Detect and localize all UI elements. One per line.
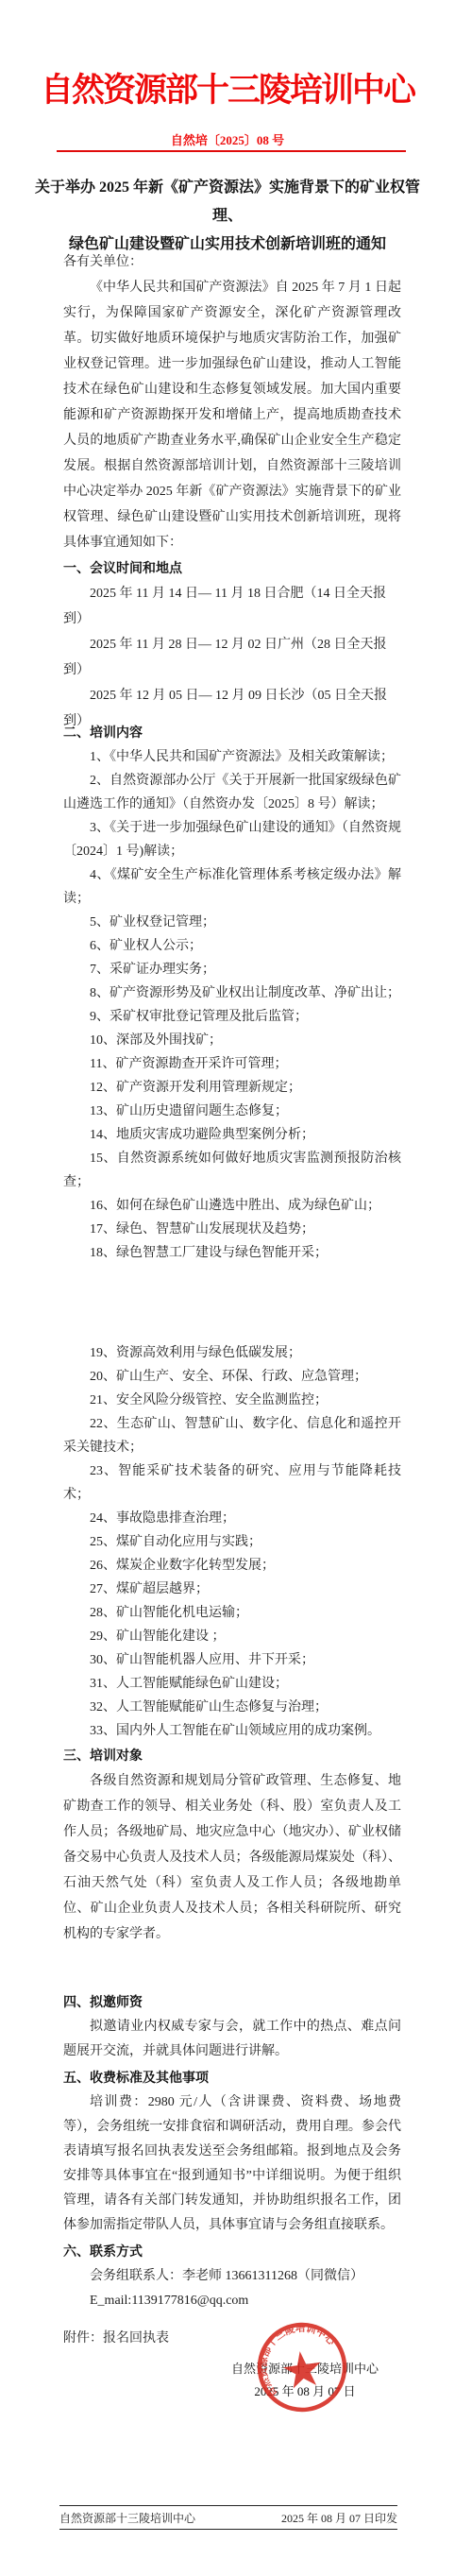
content-item: 4、《煤矿安全生产标准化管理体系考核定级办法》解读； <box>63 863 401 911</box>
section4-heading: 四、拟邀师资 <box>63 1988 401 2015</box>
official-seal: 自然资源部十三陵培训中心 <box>249 2314 356 2421</box>
content-item: 7、采矿证办理实务； <box>63 958 401 981</box>
content-item: 21、安全风险分级管控、安全监测监控； <box>63 1389 401 1412</box>
contact-line: 会务组联系人：李老师 13661311268（同微信） <box>63 2264 401 2289</box>
doc-title: 关于举办 2025 年新《矿产资源法》实施背景下的矿业权管理、 绿色矿山建设暨矿… <box>28 174 427 259</box>
content-item: 29、矿山智能化建设 ； <box>63 1625 401 1648</box>
content-item: 17、绿色、智慧矿山发展现状及趋势； <box>63 1218 401 1241</box>
section4-body: 拟邀请业内权威专家与会，就工作中的热点、难点问题展开交流，并就具体问题进行讲解。 <box>63 2015 401 2064</box>
content-item: 20、矿山生产、安全、环保、行政、应急管理； <box>63 1365 401 1389</box>
content-item: 6、矿业权人公示； <box>63 934 401 958</box>
segment-intro: 各有关单位： 《中华人民共和国矿产资源法》自 2025 年 7 月 1 日起实行… <box>63 249 401 734</box>
print-footer: 自然资源部十三陵培训中心 2025 年 08 月 07 日印发 <box>59 2505 397 2530</box>
content-list-part2: 19、资源高效利用与绿色低碳发展；20、矿山生产、安全、环保、行政、应急管理；2… <box>63 1341 401 1743</box>
content-item: 8、矿产资源形势及矿业权出让制度改革、净矿出让； <box>63 981 401 1005</box>
section3-heading: 三、培训对象 <box>63 1743 401 1768</box>
content-item: 10、深部及外围找矿； <box>63 1029 401 1052</box>
segment-tail: 四、拟邀师资 拟邀请业内权威专家与会，就工作中的热点、难点问题展开交流，并就具体… <box>63 1988 401 2351</box>
doc-number: 自然培〔2025〕08 号 <box>0 130 455 148</box>
content-item: 25、煤矿自动化应用与实践； <box>63 1530 401 1554</box>
section3-body: 各级自然资源和规划局分管矿政管理、生态修复、地矿勘查工作的领导、相关业务处（科、… <box>63 1768 401 1947</box>
section6-heading: 六、联系方式 <box>63 2238 401 2264</box>
content-item: 22、生态矿山、智慧矿山、数字化、信息化和遥控开采关键技术； <box>63 1412 401 1459</box>
content-item: 1、《中华人民共和国矿产资源法》及相关政策解读； <box>63 745 401 769</box>
content-item: 33、国内外人工智能在矿山领域应用的成功案例。 <box>63 1719 401 1743</box>
intro-paragraph: 《中华人民共和国矿产资源法》自 2025 年 7 月 1 日起实行，为保障国家矿… <box>63 275 401 555</box>
content-item: 2、自然资源部办公厅《关于开展新一批国家级绿色矿山遴选工作的通知》（自然资办发〔… <box>63 769 401 816</box>
document-page: 自然资源部十三陵培训中心 自然培〔2025〕08 号 关于举办 2025 年新《… <box>0 0 455 2576</box>
doc-title-line1: 关于举办 2025 年新《矿产资源法》实施背景下的矿业权管理、 <box>28 174 427 230</box>
letterhead-org-title: 自然资源部十三陵培训中心 <box>0 64 455 111</box>
section5-heading: 五、收费标准及其他事项 <box>63 2064 401 2090</box>
attachment-line: 附件：报名回执表 <box>63 2327 401 2351</box>
content-item: 16、如何在绿色矿山遴选中胜出、成为绿色矿山； <box>63 1194 401 1218</box>
segment-content-1: 二、培训内容 1、《中华人民共和国矿产资源法》及相关政策解读；2、自然资源部办公… <box>63 720 401 1265</box>
seal-star-icon <box>281 2348 324 2389</box>
content-item: 27、煤矿超层越界； <box>63 1578 401 1601</box>
section5-body: 培训费：2980 元/人（含讲课费、资料费、场地费等），会务组统一安排食宿和调研… <box>63 2090 401 2238</box>
content-item: 23、智能采矿技术装备的研究、应用与节能降耗技术； <box>63 1459 401 1507</box>
content-item: 24、事故隐患排查治理； <box>63 1507 401 1530</box>
segment-content-2: 19、资源高效利用与绿色低碳发展；20、矿山生产、安全、环保、行政、应急管理；2… <box>63 1341 401 1947</box>
content-item: 32、人工智能赋能矿山生态修复与治理； <box>63 1696 401 1719</box>
schedule-item: 2025 年 11 月 14 日— 11 月 18 日合肥（14 日全天报到） <box>63 581 401 632</box>
section1-heading: 一、会议时间和地点 <box>63 555 401 581</box>
content-item: 9、采矿权审批登记管理及批后监管； <box>63 1005 401 1029</box>
salutation: 各有关单位： <box>63 249 401 275</box>
content-item: 13、矿山历史遗留问题生态修复； <box>63 1100 401 1123</box>
seal-arc-text: 自然资源部十三陵培训中心 <box>251 2316 345 2401</box>
content-item: 15、自然资源系统如何做好地质灾害监测预报防治核查； <box>63 1147 401 1194</box>
schedule-item: 2025 年 11 月 28 日— 12 月 02 日广州（28 日全天报到） <box>63 632 401 683</box>
content-item: 19、资源高效利用与绿色低碳发展； <box>63 1341 401 1365</box>
footer-date: 2025 年 08 月 07 日印发 <box>281 2510 397 2526</box>
letterhead-rule <box>57 150 406 152</box>
content-item: 12、矿产资源开发利用管理新规定； <box>63 1076 401 1100</box>
email-line: E_mail:1139177816@qq.com <box>63 2289 401 2313</box>
content-item: 28、矿山智能化机电运输； <box>63 1601 401 1625</box>
content-item: 31、人工智能赋能绿色矿山建设； <box>63 1672 401 1696</box>
content-item: 26、煤炭企业数字化转型发展； <box>63 1554 401 1578</box>
content-item: 30、矿山智能机器人应用、井下开采； <box>63 1648 401 1672</box>
content-item: 11、矿产资源勘查开采许可管理； <box>63 1052 401 1076</box>
footer-org: 自然资源部十三陵培训中心 <box>59 2510 195 2526</box>
content-item: 5、矿业权登记管理； <box>63 911 401 934</box>
content-item: 3、《关于进一步加强绿色矿山建设的通知》（自然资规〔2024〕1 号)解读； <box>63 816 401 863</box>
content-item: 14、地质灾害成功避险典型案例分析； <box>63 1123 401 1147</box>
section2-heading: 二、培训内容 <box>63 720 401 745</box>
content-item: 18、绿色智慧工厂建设与绿色智能开采； <box>63 1241 401 1265</box>
schedule-list: 2025 年 11 月 14 日— 11 月 18 日合肥（14 日全天报到）2… <box>63 581 401 734</box>
content-list-part1: 1、《中华人民共和国矿产资源法》及相关政策解读；2、自然资源部办公厅《关于开展新… <box>63 745 401 1265</box>
